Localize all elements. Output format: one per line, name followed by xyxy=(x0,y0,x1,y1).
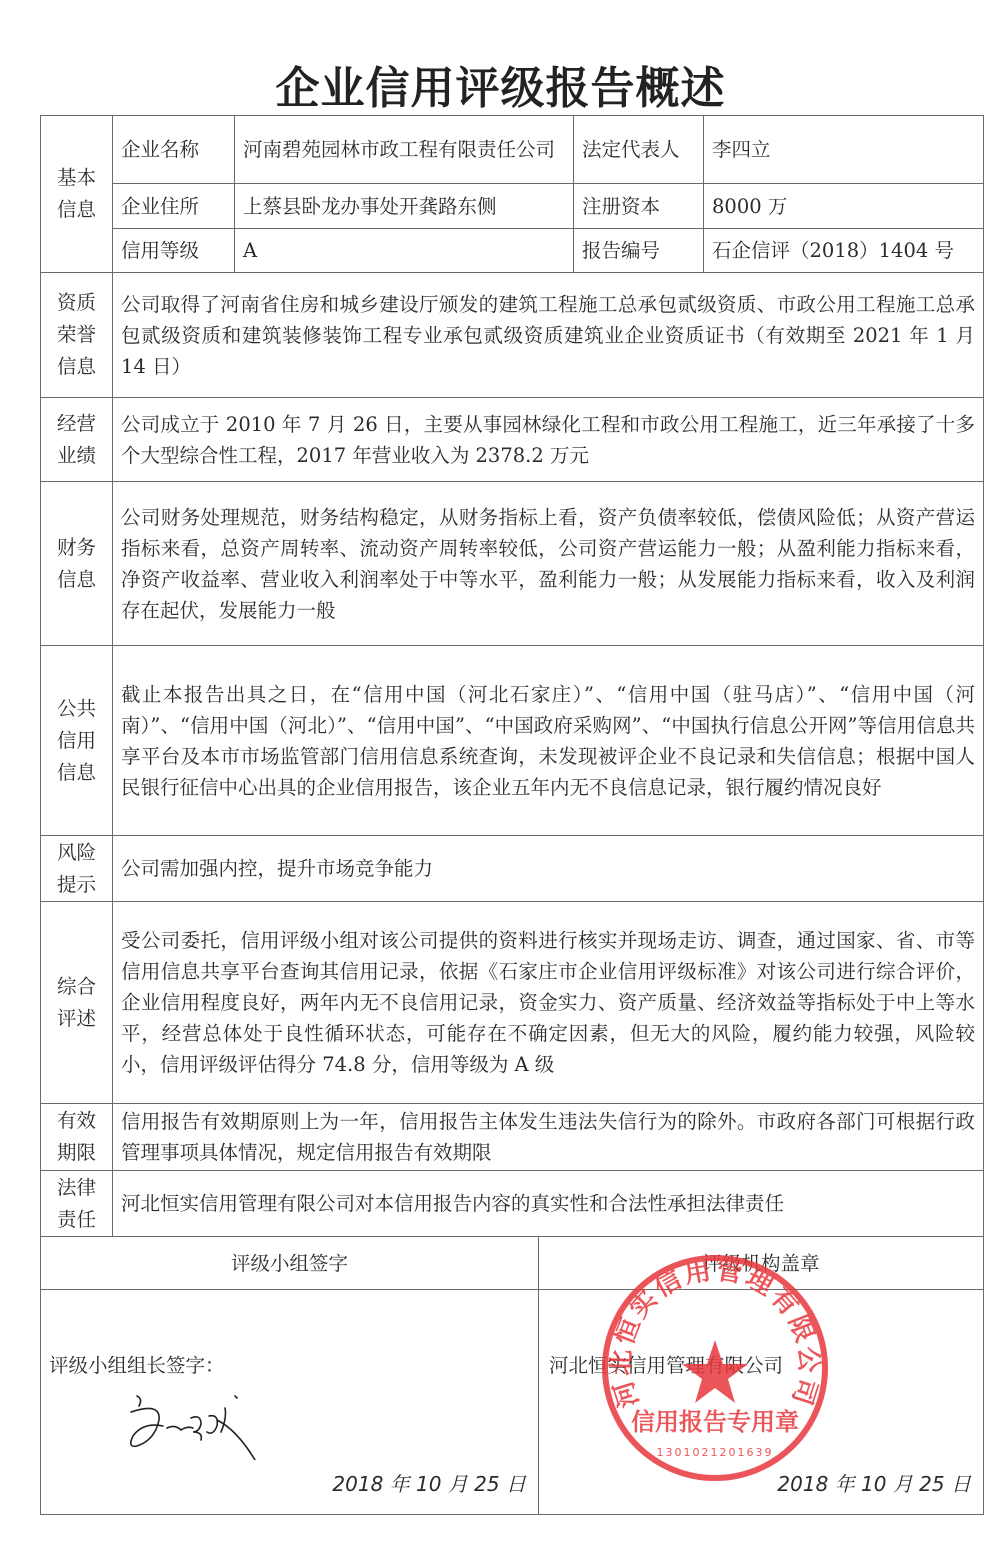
seal-inner-text: 信用报告专用章 xyxy=(631,1408,799,1436)
section-text-performance: 公司成立于 2010 年 7 月 26 日，主要从事园林绿化工程和市政公用工程施… xyxy=(113,398,984,482)
agency-seal-date: 2018 年 10 月 25 日 xyxy=(777,1469,971,1500)
capital-label: 注册资本 xyxy=(574,184,704,229)
section-text-summary: 受公司委托，信用评级小组对该公司提供的资料进行核实并现场走访、调查，通过国家、省… xyxy=(113,902,984,1104)
capital-value: 8000 万 xyxy=(704,184,984,229)
rating-label: 信用等级 xyxy=(113,229,235,273)
section-label-summary: 综合评述 xyxy=(41,902,113,1104)
section-label-public-credit: 公共信用信息 xyxy=(41,646,113,836)
section-text-risk: 公司需加强内控，提升市场竞争能力 xyxy=(113,836,984,902)
company-name-label: 企业名称 xyxy=(113,116,235,184)
team-signature-cell: 评级小组组长签字： 2018 年 10 月 25 日 xyxy=(41,1290,539,1515)
team-leader-label: 评级小组组长签字： xyxy=(49,1350,225,1381)
section-label-basic-info: 基本信息 xyxy=(41,116,113,273)
report-no-value: 石企信评（2018）1404 号 xyxy=(704,229,984,273)
section-label-validity: 有效期限 xyxy=(41,1104,113,1171)
signature-table: 评级小组签字 评级机构盖章 评级小组组长签字： 2018 年 10 月 25 日… xyxy=(40,1236,984,1515)
section-text-legal: 河北恒实信用管理有限公司对本信用报告内容的真实性和合法性承担法律责任 xyxy=(113,1171,984,1237)
section-label-financial: 财务信息 xyxy=(41,482,113,646)
section-label-performance: 经营业绩 xyxy=(41,398,113,482)
team-signature-date: 2018 年 10 月 25 日 xyxy=(332,1469,526,1500)
section-text-public-credit: 截止本报告出具之日，在“信用中国（河北石家庄）”、“信用中国（驻马店）”、“信用… xyxy=(113,646,984,836)
report-no-label: 报告编号 xyxy=(574,229,704,273)
section-text-qualifications: 公司取得了河南省住房和城乡建设厅颁发的建筑工程施工总承包贰级资质、市政公用工程施… xyxy=(113,273,984,398)
rating-value: A xyxy=(235,229,574,273)
report-table: 基本信息 企业名称 河南碧苑园林市政工程有限责任公司 法定代表人 李四立 企业住… xyxy=(40,115,984,1237)
section-text-validity: 信用报告有效期原则上为一年，信用报告主体发生违法失信行为的除外。市政府各部门可根… xyxy=(113,1104,984,1171)
team-signature-header: 评级小组签字 xyxy=(41,1237,539,1290)
address-value: 上蔡县卧龙办事处开龚路东侧 xyxy=(235,184,574,229)
section-label-qualifications: 资质荣誉信息 xyxy=(41,273,113,398)
section-label-risk: 风险提示 xyxy=(41,836,113,902)
address-label: 企业住所 xyxy=(113,184,235,229)
agency-seal-cell: 河北恒实信用管理有限公司 河北恒实信用管理有限公司 信用报告专用章 130102… xyxy=(539,1290,984,1515)
seal-number: 1301021201639 xyxy=(657,1446,774,1459)
section-text-financial: 公司财务处理规范，财务结构稳定，从财务指标上看，资产负债率较低，偿债风险低；从资… xyxy=(113,482,984,646)
official-seal-icon: 河北恒实信用管理有限公司 信用报告专用章 1301021201639 xyxy=(595,1248,835,1488)
company-name-value: 河南碧苑园林市政工程有限责任公司 xyxy=(235,116,574,184)
legal-rep-value: 李四立 xyxy=(704,116,984,184)
handwritten-signature xyxy=(125,1390,285,1460)
page-title: 企业信用评级报告概述 xyxy=(0,52,1001,116)
legal-rep-label: 法定代表人 xyxy=(574,116,704,184)
section-label-legal: 法律责任 xyxy=(41,1171,113,1237)
